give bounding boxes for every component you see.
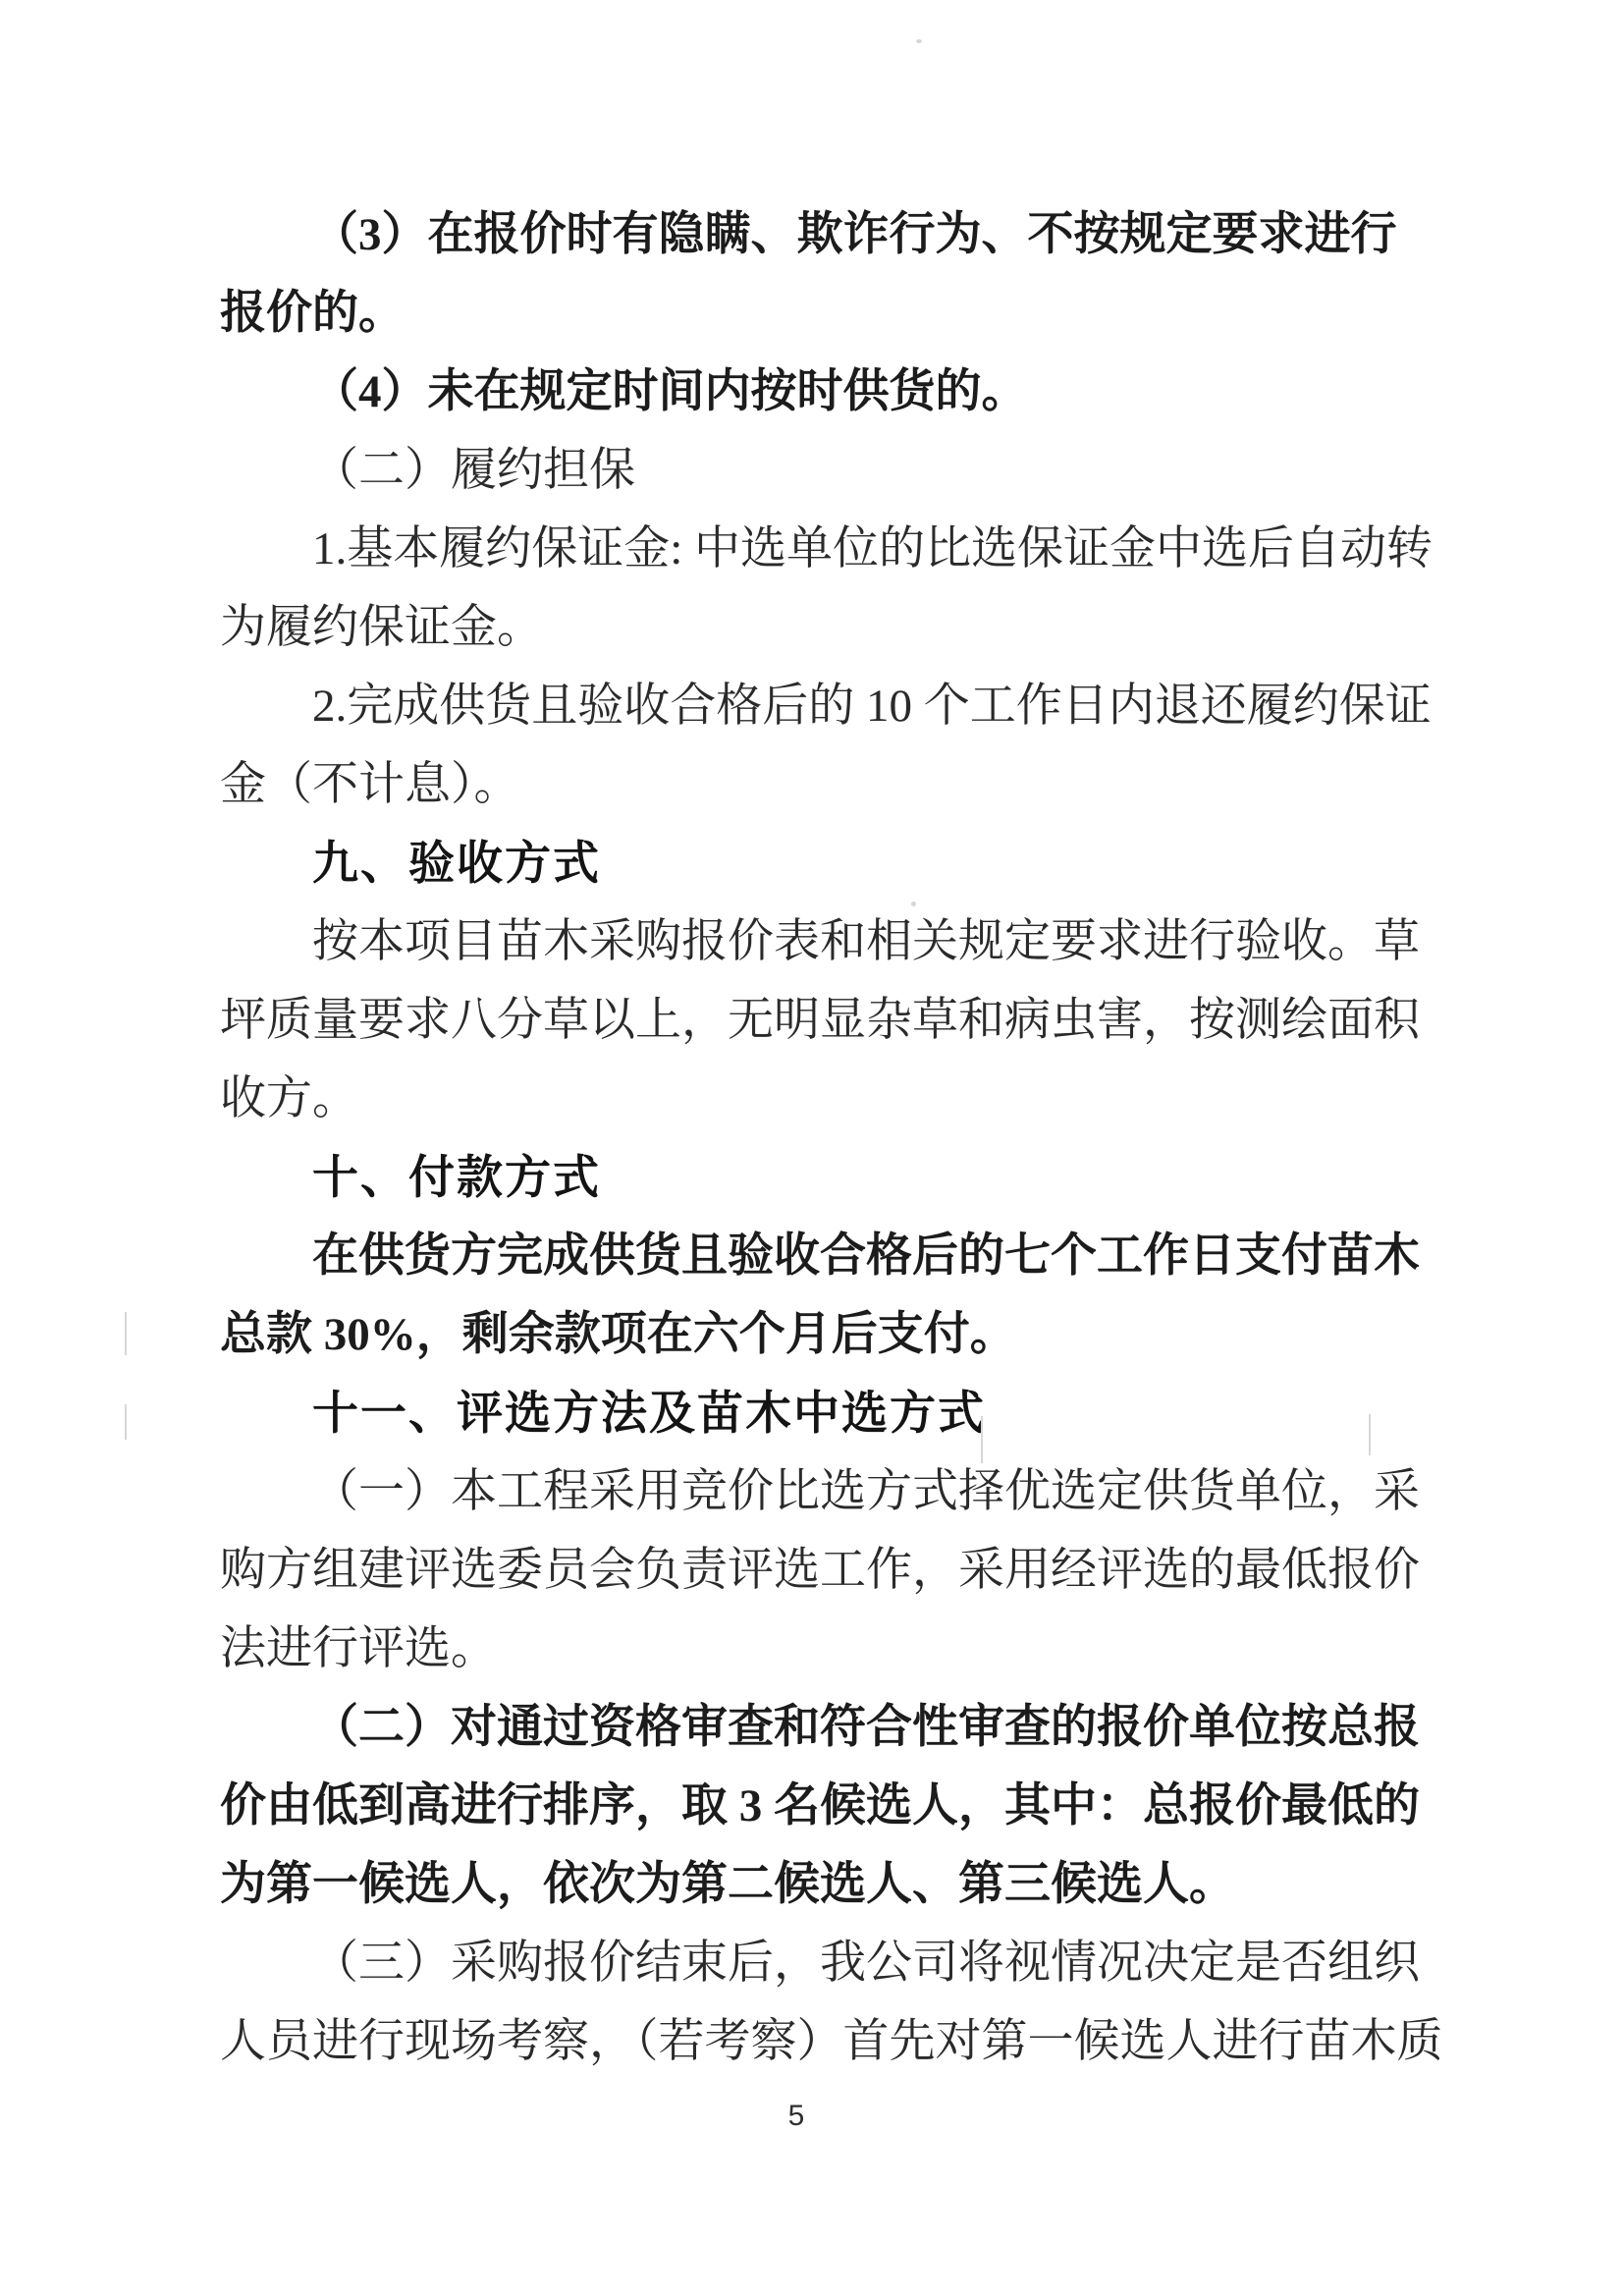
- doc-line: （一）本工程采用竞价比选方式择优选定供货单位，采: [220, 1452, 1388, 1531]
- section-heading: 九、验收方式: [220, 824, 1388, 902]
- doc-line: 1.基本履约保证金: 中选单位的比选保证金中选后自动转: [220, 510, 1388, 588]
- doc-line: （3）在报价时有隐瞒、欺诈行为、不按规定要求进行: [220, 195, 1388, 274]
- doc-line: （二）履约担保: [220, 431, 1388, 510]
- scan-mark: [1369, 1414, 1371, 1455]
- scan-mark: [125, 1404, 127, 1440]
- doc-line: 坪质量要求八分草以上，无明显杂草和病虫害，按测绘面积: [220, 981, 1388, 1060]
- doc-line: （三）采购报价结束后，我公司将视情况决定是否组织: [220, 1924, 1388, 2002]
- doc-line: 为履约保证金。: [220, 588, 1388, 667]
- doc-line: 购方组建评选委员会负责评选工作，采用经评选的最低报价: [220, 1531, 1388, 1610]
- doc-line: 在供货方完成供货且验收合格后的七个工作日支付苗木: [220, 1217, 1388, 1295]
- doc-line: （二）对通过资格审查和符合性审查的报价单位按总报: [220, 1688, 1388, 1767]
- doc-line: 收方。: [220, 1060, 1388, 1138]
- doc-line: 人员进行现场考察，（若考察）首先对第一候选人进行苗木质: [220, 2002, 1388, 2081]
- doc-line: 总款 30%，剩余款项在六个月后支付。: [220, 1295, 1388, 1374]
- page-number: 5: [0, 2100, 1593, 2133]
- doc-line: 为第一候选人，依次为第二候选人、第三候选人。: [220, 1845, 1388, 1924]
- doc-line: 价由低到高进行排序，取 3 名候选人，其中：总报价最低的: [220, 1767, 1388, 1845]
- document-page: （3）在报价时有隐瞒、欺诈行为、不按规定要求进行 报价的。 （4）未在规定时间内…: [0, 0, 1623, 2296]
- scan-mark: [981, 1416, 983, 1463]
- document-body: （3）在报价时有隐瞒、欺诈行为、不按规定要求进行 报价的。 （4）未在规定时间内…: [220, 195, 1388, 2081]
- scan-speck: [916, 39, 922, 43]
- doc-line: 2.完成供货且验收合格后的 10 个工作日内退还履约保证: [220, 667, 1388, 745]
- doc-line: 报价的。: [220, 274, 1388, 353]
- doc-line: 法进行评选。: [220, 1610, 1388, 1688]
- doc-line: 金（不计息）。: [220, 745, 1388, 824]
- doc-line: 按本项目苗木采购报价表和相关规定要求进行验收。草: [220, 902, 1388, 981]
- section-heading: 十一、评选方法及苗木中选方式: [220, 1374, 1388, 1452]
- scan-mark: [125, 1312, 127, 1355]
- scan-speck: [911, 902, 916, 906]
- section-heading: 十、付款方式: [220, 1138, 1388, 1217]
- doc-line: （4）未在规定时间内按时供货的。: [220, 353, 1388, 431]
